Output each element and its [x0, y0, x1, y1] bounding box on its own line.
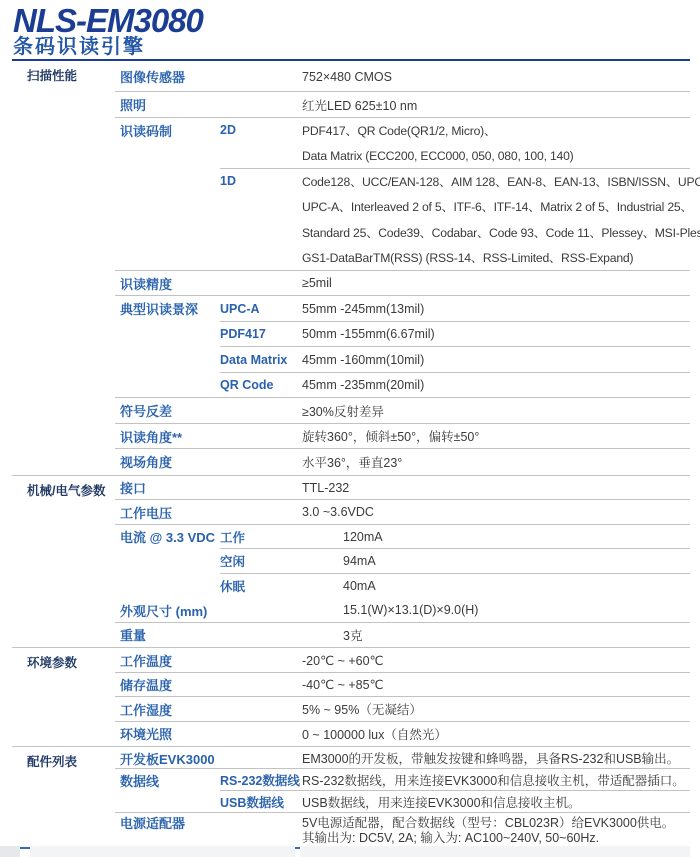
page-footer-block — [300, 846, 690, 857]
row-operating-temp: 工作温度 -20℃ ~ +60℃ — [115, 648, 690, 673]
row-ambient-light: 环境光照 0 ~ 100000 lux（自然光） — [115, 722, 690, 747]
section-label: 机械/电气参数 — [12, 476, 115, 648]
row-interface: 接口 TTL-232 — [115, 476, 690, 501]
prop-value: -20℃ ~ +60℃ — [302, 653, 690, 668]
subrow-datamatrix: Data Matrix 45mm -160mm(10mil) — [220, 347, 690, 373]
spec-table: 扫描性能 图像传感器 752×480 CMOS 照明 红光LED 625±10 … — [12, 61, 690, 847]
section-label: 配件列表 — [12, 747, 115, 847]
sub-label: 工作 — [220, 528, 302, 546]
subrow-current-idle: 空闲 94mA — [220, 549, 690, 574]
subrow-current-working: 工作 120mA — [220, 525, 690, 550]
prop-label: 电流 @ 3.3 VDC — [115, 525, 220, 550]
prop-label: 开发板EVK3000 — [115, 749, 302, 768]
section-label: 环境参数 — [12, 648, 115, 746]
subrow-current-sleep: 休眠 40mA — [220, 574, 690, 599]
row-voltage: 工作电压 3.0 ~3.6VDC — [115, 500, 690, 525]
row-precision: 识读精度 ≥5mil — [115, 271, 690, 297]
prop-value: 752×480 CMOS — [302, 70, 690, 84]
sub-label: 空闲 — [220, 552, 302, 570]
prop-label: 符号反差 — [115, 401, 302, 420]
sub-label: 休眠 — [220, 577, 302, 595]
prop-label: 识读角度** — [115, 427, 302, 446]
sub-label: USB数据线 — [220, 793, 302, 811]
sub-value: 50mm -155mm(6.67mil) — [302, 327, 690, 341]
prop-value: 旋转360°，倾斜±50°，偏转±50° — [302, 427, 690, 445]
prop-label: 接口 — [115, 478, 302, 497]
sub-value: USB数据线，用来连接EVK3000和信息接收主机。 — [302, 793, 690, 811]
prop-value: ≥5mil — [302, 276, 690, 290]
sub-label: 1D — [220, 169, 302, 195]
sub-value: PDF417、QR Code(QR1/2, Micro)、 Data Matri… — [302, 118, 690, 169]
prop-value: TTL-232 — [302, 481, 690, 495]
prop-label: 识读码制 — [115, 118, 220, 144]
prop-value: 15.1(W)×13.1(D)×9.0(H) — [302, 603, 690, 617]
prop-label: 外观尺寸 (mm) — [115, 601, 302, 620]
row-power-adapter: 电源适配器 5V电源适配器，配合数据线（型号：CBL023R）给EVK3000供… — [115, 813, 690, 847]
row-humidity: 工作湿度 5% ~ 95%（无凝结） — [115, 697, 690, 722]
section-environment: 环境参数 工作温度 -20℃ ~ +60℃ 储存温度 -40℃ ~ +85℃ 工… — [12, 647, 690, 746]
row-field-of-view: 视场角度 水平36°，垂直23° — [115, 449, 690, 475]
row-evk3000: 开发板EVK3000 EM3000的开发板，带触发按键和蜂鸣器，具备RS-232… — [115, 747, 690, 769]
sub-value: 94mA — [302, 554, 690, 568]
prop-value: 5% ~ 95%（无凝结） — [302, 700, 690, 718]
prop-label: 储存温度 — [115, 675, 302, 694]
prop-value: 5V电源适配器，配合数据线（型号：CBL023R）给EVK3000供电。 其输出… — [302, 814, 690, 844]
row-depth-of-field: 典型识读景深 UPC-A 55mm -245mm(13mil) PDF417 5… — [115, 296, 690, 398]
sub-value: 45mm -235mm(20mil) — [302, 378, 690, 392]
sub-value: 55mm -245mm(13mil) — [302, 302, 690, 316]
row-weight: 重量 3克 — [115, 623, 690, 648]
prop-value: 0 ~ 100000 lux（自然光） — [302, 725, 690, 743]
page-footer-block — [0, 846, 20, 857]
prop-label: 重量 — [115, 625, 302, 644]
sub-label: QR Code — [220, 378, 302, 392]
prop-label: 照明 — [115, 95, 302, 114]
subrow-upca: UPC-A 55mm -245mm(13mil) — [220, 296, 690, 322]
prop-label: 典型识读景深 — [115, 296, 220, 322]
row-reading-angle: 识读角度** 旋转360°，倾斜±50°，偏转±50° — [115, 424, 690, 450]
prop-label: 电源适配器 — [115, 814, 302, 830]
prop-label: 环境光照 — [115, 724, 302, 743]
row-symbol-contrast: 符号反差 ≥30%反射差异 — [115, 398, 690, 424]
sub-label: RS-232数据线 — [220, 771, 302, 789]
prop-value: 3.0 ~3.6VDC — [302, 505, 690, 519]
subrow-1d: 1D Code128、UCC/EAN-128、AIM 128、EAN-8、EAN… — [220, 169, 690, 271]
prop-value: 水平36°，垂直23° — [302, 453, 690, 471]
subrow-qrcode: QR Code 45mm -235mm(20mil) — [220, 373, 690, 399]
prop-value: EM3000的开发板，带触发按键和蜂鸣器，具备RS-232和USB输出。 — [302, 749, 690, 767]
prop-value: 红光LED 625±10 nm — [302, 96, 690, 114]
prop-value: 3克 — [302, 626, 690, 644]
subrow-2d: 2D PDF417、QR Code(QR1/2, Micro)、 Data Ma… — [220, 118, 690, 169]
product-title: NLS-EM3080 — [13, 6, 700, 36]
sub-value: 45mm -160mm(10mil) — [302, 353, 690, 367]
section-mech-electrical: 机械/电气参数 接口 TTL-232 工作电压 3.0 ~3.6VDC 电流 @… — [12, 475, 690, 648]
row-dimensions: 外观尺寸 (mm) 15.1(W)×13.1(D)×9.0(H) — [115, 598, 690, 623]
subrow-rs232-cable: RS-232数据线 RS-232数据线，用来连接EVK3000和信息接收主机，带… — [220, 769, 690, 791]
sub-value: Code128、UCC/EAN-128、AIM 128、EAN-8、EAN-13… — [302, 169, 690, 271]
section-accessories: 配件列表 开发板EVK3000 EM3000的开发板，带触发按键和蜂鸣器，具备R… — [12, 746, 690, 847]
row-illumination: 照明 红光LED 625±10 nm — [115, 92, 690, 118]
row-image-sensor: 图像传感器 752×480 CMOS — [115, 61, 690, 92]
prop-label: 图像传感器 — [115, 67, 302, 86]
prop-label: 工作电压 — [115, 503, 302, 522]
sub-label: UPC-A — [220, 302, 302, 316]
sub-value: 120mA — [302, 530, 690, 544]
sub-label: 2D — [220, 118, 302, 144]
section-label: 扫描性能 — [12, 61, 115, 475]
product-subtitle: 条码识读引擎 — [13, 37, 700, 57]
prop-label: 数据线 — [115, 769, 220, 791]
row-symbologies: 识读码制 2D PDF417、QR Code(QR1/2, Micro)、 Da… — [115, 118, 690, 271]
sub-label: PDF417 — [220, 327, 302, 341]
prop-label: 视场角度 — [115, 452, 302, 471]
prop-value: -40℃ ~ +85℃ — [302, 677, 690, 692]
subrow-usb-cable: USB数据线 USB数据线，用来连接EVK3000和信息接收主机。 — [220, 791, 690, 813]
datasheet-page: NLS-EM3080 条码识读引擎 扫描性能 图像传感器 752×480 CMO… — [0, 0, 700, 857]
prop-label: 工作温度 — [115, 651, 302, 670]
page-footer-block — [30, 846, 295, 857]
sub-value: RS-232数据线，用来连接EVK3000和信息接收主机，带适配器插口。 — [302, 771, 690, 789]
prop-value: ≥30%反射差异 — [302, 402, 690, 420]
section-scan-performance: 扫描性能 图像传感器 752×480 CMOS 照明 红光LED 625±10 … — [12, 61, 690, 475]
row-data-cables: 数据线 RS-232数据线 RS-232数据线，用来连接EVK3000和信息接收… — [115, 769, 690, 813]
page-header: NLS-EM3080 条码识读引擎 — [0, 0, 700, 57]
row-current: 电流 @ 3.3 VDC 工作 120mA 空闲 94mA 休眠 40mA — [115, 525, 690, 599]
prop-label: 工作湿度 — [115, 700, 302, 719]
row-storage-temp: 储存温度 -40℃ ~ +85℃ — [115, 673, 690, 698]
subrow-pdf417: PDF417 50mm -155mm(6.67mil) — [220, 322, 690, 348]
sub-value: 40mA — [302, 579, 690, 593]
sub-label: Data Matrix — [220, 353, 302, 367]
prop-label: 识读精度 — [115, 274, 302, 293]
